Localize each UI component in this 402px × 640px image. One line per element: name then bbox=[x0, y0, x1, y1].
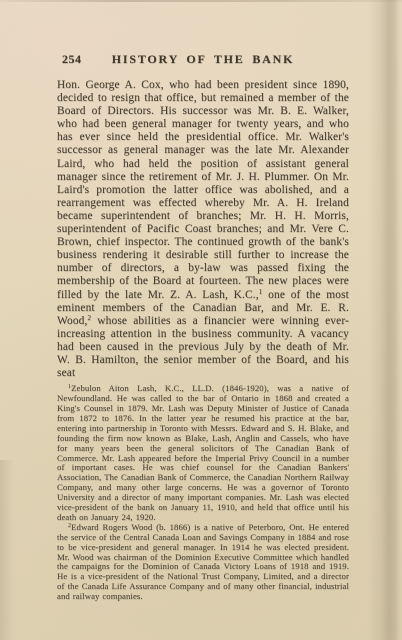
main-paragraph: Hon. George A. Cox, who had been preside… bbox=[57, 79, 349, 380]
page-edge-shadow bbox=[368, 0, 402, 640]
footnote-1: 1Zebulon Aiton Lash, K.C., LL.D. (1846-1… bbox=[57, 384, 349, 523]
paragraph-text-3: whose abilities as a financier were winn… bbox=[57, 315, 349, 379]
page-content: 254 HISTORY OF THE BANK Hon. George A. C… bbox=[57, 52, 349, 602]
scan-bottom-left-shade bbox=[0, 460, 14, 640]
scan-top-edge bbox=[0, 0, 402, 2]
footnote-2: 2Edward Rogers Wood (b. 1866) is a nativ… bbox=[57, 523, 349, 602]
footnote-2-text: Edward Rogers Wood (b. 1866) is a native… bbox=[57, 522, 349, 601]
footnote-1-text: Zebulon Aiton Lash, K.C., LL.D. (1846-19… bbox=[57, 383, 349, 522]
scanned-book-page: 254 HISTORY OF THE BANK Hon. George A. C… bbox=[0, 0, 402, 640]
page-header: 254 HISTORY OF THE BANK bbox=[57, 52, 349, 67]
paragraph-text-1: Hon. George A. Cox, who had been preside… bbox=[57, 79, 349, 301]
page-number: 254 bbox=[62, 52, 82, 67]
running-title: HISTORY OF THE BANK bbox=[57, 52, 349, 67]
footnotes-section: 1Zebulon Aiton Lash, K.C., LL.D. (1846-1… bbox=[57, 384, 349, 602]
